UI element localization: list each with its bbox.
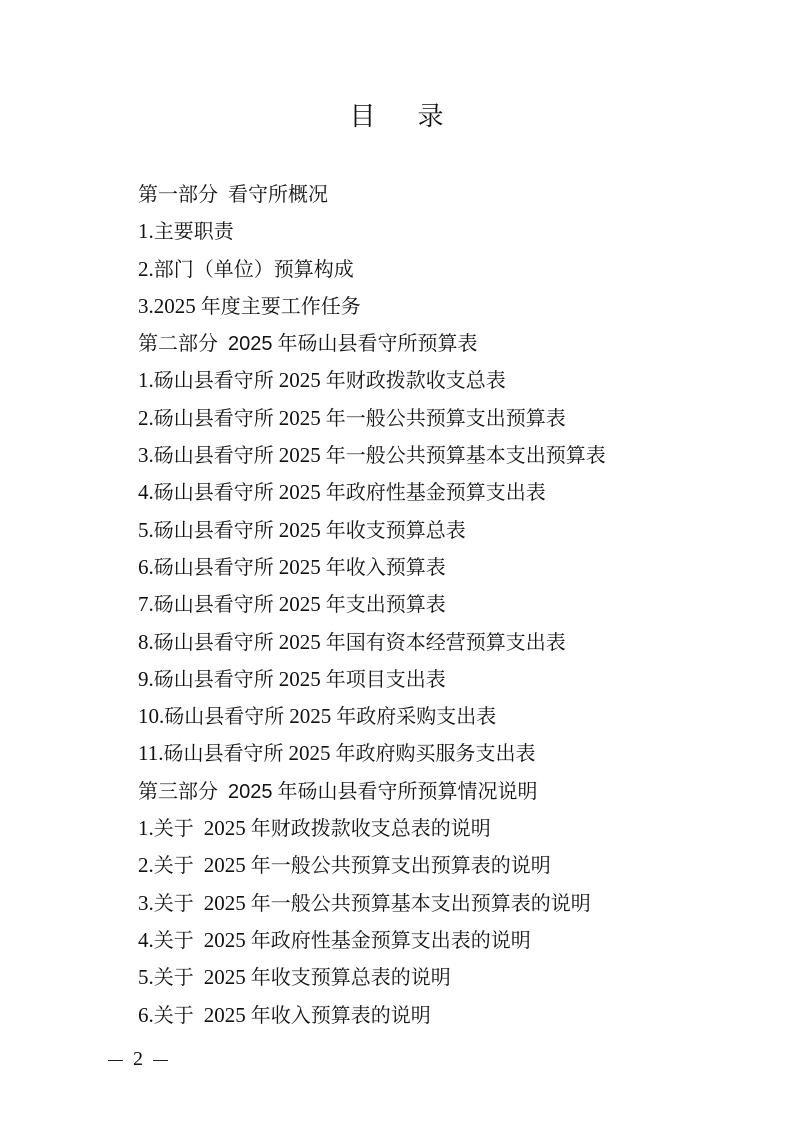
item-number: 5. bbox=[138, 965, 154, 989]
toc-item[interactable]: 1.砀山县看守所 2025 年财政拨款收支总表 bbox=[138, 362, 758, 399]
item-year: 2025 bbox=[279, 592, 321, 616]
toc-part-2-heading[interactable]: 第二部分2025 年砀山县看守所预算表 bbox=[138, 325, 758, 362]
item-year: 2025 bbox=[204, 891, 246, 915]
item-prefix: 关于 bbox=[154, 891, 194, 915]
item-year: 2025 bbox=[279, 480, 321, 504]
item-number: 1. bbox=[138, 219, 154, 243]
title-char-1: 目 bbox=[349, 102, 375, 132]
toc-item[interactable]: 3.砀山县看守所 2025 年一般公共预算基本支出预算表 bbox=[138, 437, 758, 474]
dash-right bbox=[153, 1060, 168, 1061]
dash-left bbox=[108, 1060, 123, 1061]
item-prefix: 砀山县看守所 bbox=[154, 555, 274, 579]
item-prefix: 砀山县看守所 bbox=[154, 406, 274, 430]
toc-item[interactable]: 3.关于2025 年一般公共预算基本支出预算表的说明 bbox=[138, 885, 758, 922]
item-number: 3. bbox=[138, 443, 154, 467]
toc-item[interactable]: 4.关于2025 年政府性基金预算支出表的说明 bbox=[138, 922, 758, 959]
toc-item[interactable]: 11.砀山县看守所 2025 年政府购买服务支出表 bbox=[138, 735, 758, 772]
part-label: 第三部分 bbox=[138, 779, 218, 803]
item-prefix: 关于 bbox=[154, 1003, 194, 1027]
item-year: 2025 bbox=[279, 368, 321, 392]
toc-item[interactable]: 9.砀山县看守所 2025 年项目支出表 bbox=[138, 661, 758, 698]
toc-item[interactable]: 7.砀山县看守所 2025 年支出预算表 bbox=[138, 586, 758, 623]
item-text: 年一般公共预算基本支出预算表 bbox=[326, 443, 606, 467]
item-number: 2. bbox=[138, 406, 154, 430]
item-prefix: 砀山县看守所 bbox=[154, 630, 274, 654]
toc-item[interactable]: 6.关于2025 年收入预算表的说明 bbox=[138, 997, 758, 1034]
item-text: 年收入预算表 bbox=[326, 555, 446, 579]
part-year: 2025 bbox=[228, 333, 273, 355]
item-number: 3. bbox=[138, 294, 154, 318]
toc-part-1-heading[interactable]: 第一部分看守所概况 bbox=[138, 176, 758, 213]
item-number: 10. bbox=[138, 704, 164, 728]
item-number: 7. bbox=[138, 592, 154, 616]
item-number: 6. bbox=[138, 1003, 154, 1027]
toc-item[interactable]: 3.2025 年度主要工作任务 bbox=[138, 288, 758, 325]
item-number: 1. bbox=[138, 816, 154, 840]
item-prefix: 关于 bbox=[154, 816, 194, 840]
part-year: 2025 bbox=[228, 781, 273, 803]
item-text: 年财政拨款收支总表的说明 bbox=[251, 816, 491, 840]
item-number: 6. bbox=[138, 555, 154, 579]
item-number: 2. bbox=[138, 853, 154, 877]
item-prefix: 砀山县看守所 bbox=[154, 443, 274, 467]
table-of-contents: 第一部分看守所概况 1.主要职责 2.部门（单位）预算构成 3.2025 年度主… bbox=[138, 176, 758, 1034]
part-title: 年砀山县看守所预算表 bbox=[278, 331, 478, 355]
toc-part-3-heading[interactable]: 第三部分2025 年砀山县看守所预算情况说明 bbox=[138, 773, 758, 810]
item-prefix: 砀山县看守所 bbox=[154, 592, 274, 616]
page-number-value: 2 bbox=[133, 1048, 143, 1070]
item-text: 年支出预算表 bbox=[326, 592, 446, 616]
item-text: 主要职责 bbox=[154, 219, 234, 243]
item-prefix: 关于 bbox=[154, 853, 194, 877]
item-number: 9. bbox=[138, 667, 154, 691]
item-prefix: 关于 bbox=[154, 965, 194, 989]
item-number: 3. bbox=[138, 891, 154, 915]
item-year: 2025 bbox=[279, 630, 321, 654]
item-text: 年一般公共预算基本支出预算表的说明 bbox=[251, 891, 591, 915]
item-prefix: 砀山县看守所 bbox=[154, 480, 274, 504]
toc-item[interactable]: 10.砀山县看守所 2025 年政府采购支出表 bbox=[138, 698, 758, 735]
item-number: 4. bbox=[138, 928, 154, 952]
toc-item[interactable]: 1.主要职责 bbox=[138, 213, 758, 250]
part-label: 第一部分 bbox=[138, 182, 218, 206]
item-year: 2025 bbox=[154, 294, 196, 318]
item-year: 2025 bbox=[279, 518, 321, 542]
item-prefix: 关于 bbox=[154, 928, 194, 952]
item-prefix: 砀山县看守所 bbox=[154, 667, 274, 691]
item-year: 2025 bbox=[204, 965, 246, 989]
item-year: 2025 bbox=[279, 555, 321, 579]
item-number: 1. bbox=[138, 368, 154, 392]
item-number: 11. bbox=[138, 741, 163, 765]
item-text: 年收入预算表的说明 bbox=[251, 1003, 431, 1027]
item-text: 年国有资本经营预算支出表 bbox=[326, 630, 566, 654]
title-char-2: 录 bbox=[418, 102, 444, 132]
toc-item[interactable]: 5.砀山县看守所 2025 年收支预算总表 bbox=[138, 512, 758, 549]
item-text: 年政府采购支出表 bbox=[336, 704, 496, 728]
item-prefix: 砀山县看守所 bbox=[154, 368, 274, 392]
item-year: 2025 bbox=[279, 443, 321, 467]
page-title: 目录 bbox=[0, 96, 793, 133]
item-year: 2025 bbox=[204, 853, 246, 877]
item-text: 年收支预算总表的说明 bbox=[251, 965, 451, 989]
item-year: 2025 bbox=[279, 406, 321, 430]
item-year: 2025 bbox=[279, 667, 321, 691]
item-text: 年政府性基金预算支出表的说明 bbox=[251, 928, 531, 952]
toc-item[interactable]: 8.砀山县看守所 2025 年国有资本经营预算支出表 bbox=[138, 624, 758, 661]
part-title: 看守所概况 bbox=[228, 182, 328, 206]
item-year: 2025 bbox=[204, 816, 246, 840]
item-number: 4. bbox=[138, 480, 154, 504]
item-year: 2025 bbox=[204, 1003, 246, 1027]
item-prefix: 砀山县看守所 bbox=[163, 741, 283, 765]
item-year: 2025 bbox=[289, 704, 331, 728]
item-text: 年政府性基金预算支出表 bbox=[326, 480, 546, 504]
page-number: 2 bbox=[98, 1048, 178, 1071]
toc-item[interactable]: 5.关于2025 年收支预算总表的说明 bbox=[138, 959, 758, 996]
item-text: 年项目支出表 bbox=[326, 667, 446, 691]
item-number: 2. bbox=[138, 257, 154, 281]
item-prefix: 砀山县看守所 bbox=[154, 518, 274, 542]
part-title: 年砀山县看守所预算情况说明 bbox=[278, 779, 538, 803]
item-text: 年政府购买服务支出表 bbox=[335, 741, 535, 765]
item-year: 2025 bbox=[288, 741, 330, 765]
toc-item[interactable]: 2.砀山县看守所 2025 年一般公共预算支出预算表 bbox=[138, 400, 758, 437]
toc-item[interactable]: 4.砀山县看守所 2025 年政府性基金预算支出表 bbox=[138, 474, 758, 511]
toc-item[interactable]: 2.关于2025 年一般公共预算支出预算表的说明 bbox=[138, 847, 758, 884]
item-text: 年一般公共预算支出预算表 bbox=[326, 406, 566, 430]
item-text: 年一般公共预算支出预算表的说明 bbox=[251, 853, 551, 877]
item-text: 年度主要工作任务 bbox=[201, 294, 361, 318]
item-number: 8. bbox=[138, 630, 154, 654]
item-text: 年收支预算总表 bbox=[326, 518, 466, 542]
item-text: 年财政拨款收支总表 bbox=[326, 368, 506, 392]
toc-item[interactable]: 6.砀山县看守所 2025 年收入预算表 bbox=[138, 549, 758, 586]
item-number: 5. bbox=[138, 518, 154, 542]
toc-item[interactable]: 1.关于2025 年财政拨款收支总表的说明 bbox=[138, 810, 758, 847]
part-label: 第二部分 bbox=[138, 331, 218, 355]
item-prefix: 砀山县看守所 bbox=[164, 704, 284, 728]
toc-item[interactable]: 2.部门（单位）预算构成 bbox=[138, 251, 758, 288]
item-text: 部门（单位）预算构成 bbox=[154, 257, 354, 281]
item-year: 2025 bbox=[204, 928, 246, 952]
